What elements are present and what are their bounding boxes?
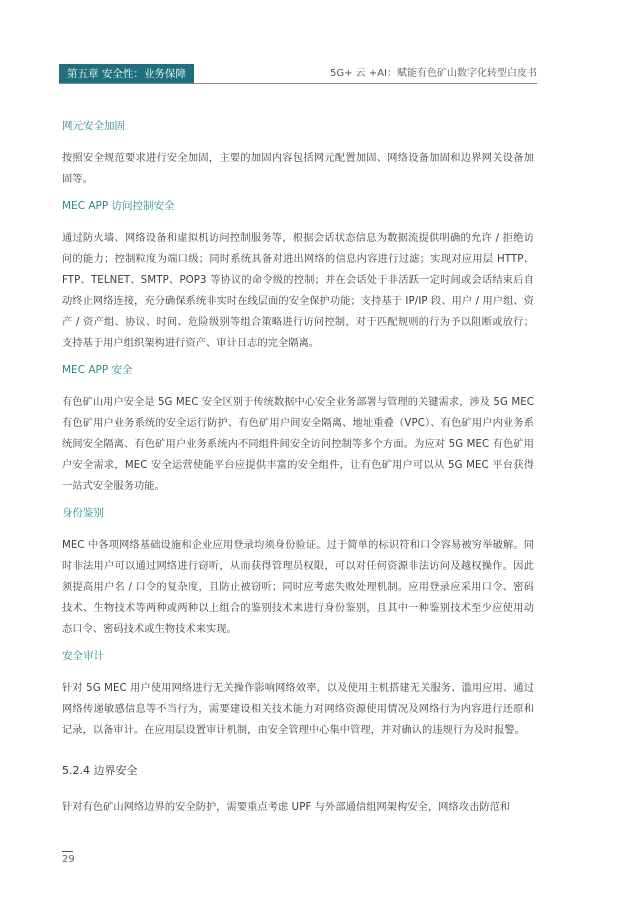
book-title: 5G+ 云 +AI：赋能有色矿山数字化转型白皮书 (330, 64, 537, 84)
paragraph: MEC 中各项网络基础设施和企业应用登录均须身份验证。过于简单的标识符和口令容易… (62, 535, 534, 640)
subsection-title: 安全审计 (62, 648, 534, 664)
chapter-tag: 第五章 安全性：业务保障 (59, 64, 194, 84)
page-header: 第五章 安全性：业务保障 5G+ 云 +AI：赋能有色矿山数字化转型白皮书 (59, 64, 537, 84)
footer-divider (62, 851, 73, 852)
page-content: 网元安全加固 按照安全规范要求进行安全加固，主要的加固内容包括网元配置加固、网络… (62, 118, 534, 826)
subsection-title: 身份鉴别 (62, 505, 534, 521)
paragraph: 有色矿山用户安全是 5G MEC 安全区别于传统数据中心安全业务部署与管理的关键… (62, 392, 534, 497)
subsection-title: 网元安全加固 (62, 118, 534, 134)
subsection-title: MEC APP 安全 (62, 362, 534, 378)
section-title: 5.2.4 边界安全 (62, 763, 534, 779)
paragraph: 针对有色矿山网络边界的安全防护，需要重点考虑 UPF 与外部通信组网架构安全，网… (62, 797, 534, 818)
page-number: 29 (62, 854, 75, 865)
paragraph: 通过防火墙、网络设备和虚拟机访问控制服务等，根据会话状态信息为数据流提供明确的允… (62, 228, 534, 354)
paragraph: 针对 5G MEC 用户使用网络进行无关操作影响网络效率，以及使用主机搭建无关服… (62, 678, 534, 741)
subsection-title: MEC APP 访问控制安全 (62, 198, 534, 214)
paragraph: 按照安全规范要求进行安全加固，主要的加固内容包括网元配置加固、网络设备加固和边界… (62, 148, 534, 190)
